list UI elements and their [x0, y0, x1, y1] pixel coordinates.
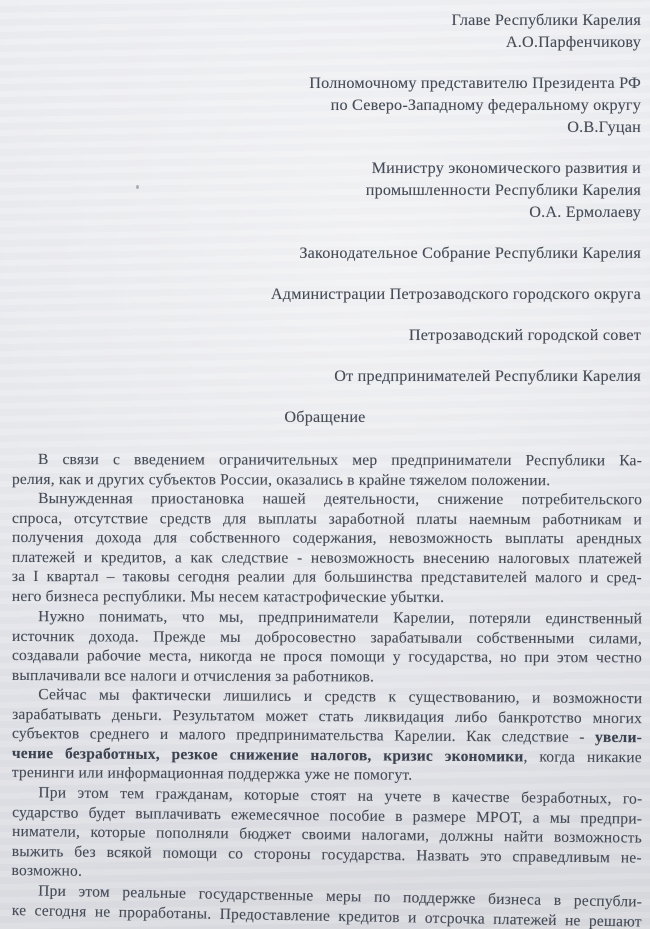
recipient-block: Министру экономического развития ипромыш…: [12, 157, 641, 223]
recipient-block: Петрозаводский городской совет: [12, 324, 641, 346]
text-segment: субъектов среднего и малого предпринимат…: [12, 725, 595, 746]
paragraph-line: релия, как и других субъектов России, ок…: [12, 470, 642, 491]
recipient-block: Главе Республики КарелияА.О.Парфенчикову: [12, 9, 641, 53]
text-segment: платежей и кредитов, а как следствие - н…: [12, 549, 642, 567]
recipient-block: Полномочному представителю Президента РФ…: [12, 72, 641, 138]
text-segment: релия, как и других субъектов России, ок…: [12, 471, 550, 489]
recipient-block: Законодательное Собрание Республики Каре…: [12, 242, 641, 264]
recipient-line: О.В.Гуцан: [12, 116, 641, 138]
text-segment: Сейчас мы фактически лишились и средств …: [38, 686, 642, 707]
recipient-line: А.О.Парфенчикову: [12, 31, 641, 53]
scanned-letter-page: Главе Республики КарелияА.О.Парфенчикову…: [0, 0, 650, 929]
paragraph-line: Нужно понимать, что мы, предприниматели …: [12, 607, 642, 629]
recipient-line: Петрозаводский городской совет: [12, 324, 641, 346]
text-segment: за I квартал – таковы сегодня реалии для…: [12, 569, 642, 587]
recipient-line: Полномочному представителю Президента РФ: [12, 72, 641, 94]
recipient-line: Министру экономического развития и: [12, 157, 641, 179]
text-segment: него бизнеса республики. Мы несем катаст…: [12, 588, 444, 606]
text-segment: выплачивали все налоги и отчисления за р…: [12, 667, 374, 685]
text-segment: возможно.: [12, 862, 83, 880]
paragraph-line: В связи с введением ограничительных мер …: [12, 450, 642, 471]
recipient-line: Администрации Петрозаводского городского…: [12, 283, 641, 305]
paragraph: В связи с введением ограничительных мер …: [12, 450, 642, 491]
recipient-block: От предпринимателей Республики Карелия: [12, 365, 641, 387]
recipient-line: От предпринимателей Республики Карелия: [12, 365, 641, 387]
recipient-line: промышленности Республики Карелия: [12, 179, 641, 201]
paragraph-line: за I квартал – таковы сегодня реалии для…: [12, 568, 642, 589]
recipient-line: Главе Республики Карелия: [12, 9, 641, 31]
paragraph: Вынужденная приостановка нашей деятельно…: [12, 489, 642, 608]
paragraph-line: спроса, отсутствие средств для выплаты з…: [12, 509, 642, 530]
text-segment: зарабатывать деньги. Результатом может с…: [12, 706, 642, 727]
paragraph: Нужно понимать, что мы, предприниматели …: [12, 607, 642, 688]
text-segment: источник дохода. Прежде мы добросовестно…: [12, 627, 642, 646]
text-segment: Вынужденная приостановка нашей деятельно…: [38, 490, 642, 508]
text-segment: тренинги или информационная поддержка уж…: [12, 764, 413, 784]
paragraph: При этом тем гражданам, которые стоят на…: [11, 783, 642, 888]
text-segment: Нужно понимать, что мы, предприниматели …: [38, 608, 642, 627]
recipient-blocks: Главе Республики КарелияА.О.Парфенчикову…: [0, 0, 650, 387]
recipient-line: по Северо-Западному федеральному округу: [12, 94, 641, 116]
paragraph: Сейчас мы фактически лишились и средств …: [12, 685, 643, 787]
paragraph-line: источник дохода. Прежде мы добросовестно…: [12, 626, 642, 648]
recipient-line: О.А. Ермолаеву: [12, 201, 641, 223]
recipient-block: Администрации Петрозаводского городского…: [12, 283, 641, 305]
text-segment: В связи с введением ограничительных мер …: [38, 451, 642, 469]
text-segment: , когда никакие: [523, 748, 641, 766]
bold-text-segment: чение безработных, резкое снижение налог…: [12, 745, 524, 765]
paragraph-line: Вынужденная приостановка нашей деятельно…: [12, 489, 642, 510]
text-segment: получения дохода для собственного содерж…: [12, 529, 642, 547]
recipient-line: Законодательное Собрание Республики Каре…: [12, 242, 641, 264]
letter-title: Обращение: [0, 406, 650, 428]
bold-text-segment: увели-: [595, 729, 642, 746]
text-segment: создавали рабочие места, никогда не прос…: [12, 647, 642, 666]
letter-body: В связи с введением ограничительных мер …: [12, 450, 642, 920]
paragraph-line: получения дохода для собственного содерж…: [12, 528, 642, 549]
paragraph: При этом реальные государственные меры п…: [12, 881, 643, 929]
paragraph-line: платежей и кредитов, а как следствие - н…: [12, 548, 642, 569]
text-segment: спроса, отсутствие средств для выплаты з…: [12, 510, 642, 528]
paragraph-line: него бизнеса республики. Мы несем катаст…: [12, 587, 642, 608]
paragraph-line: создавали рабочие места, никогда не прос…: [12, 646, 642, 668]
paragraph-line: выплачивали все налоги и отчисления за р…: [12, 666, 642, 688]
